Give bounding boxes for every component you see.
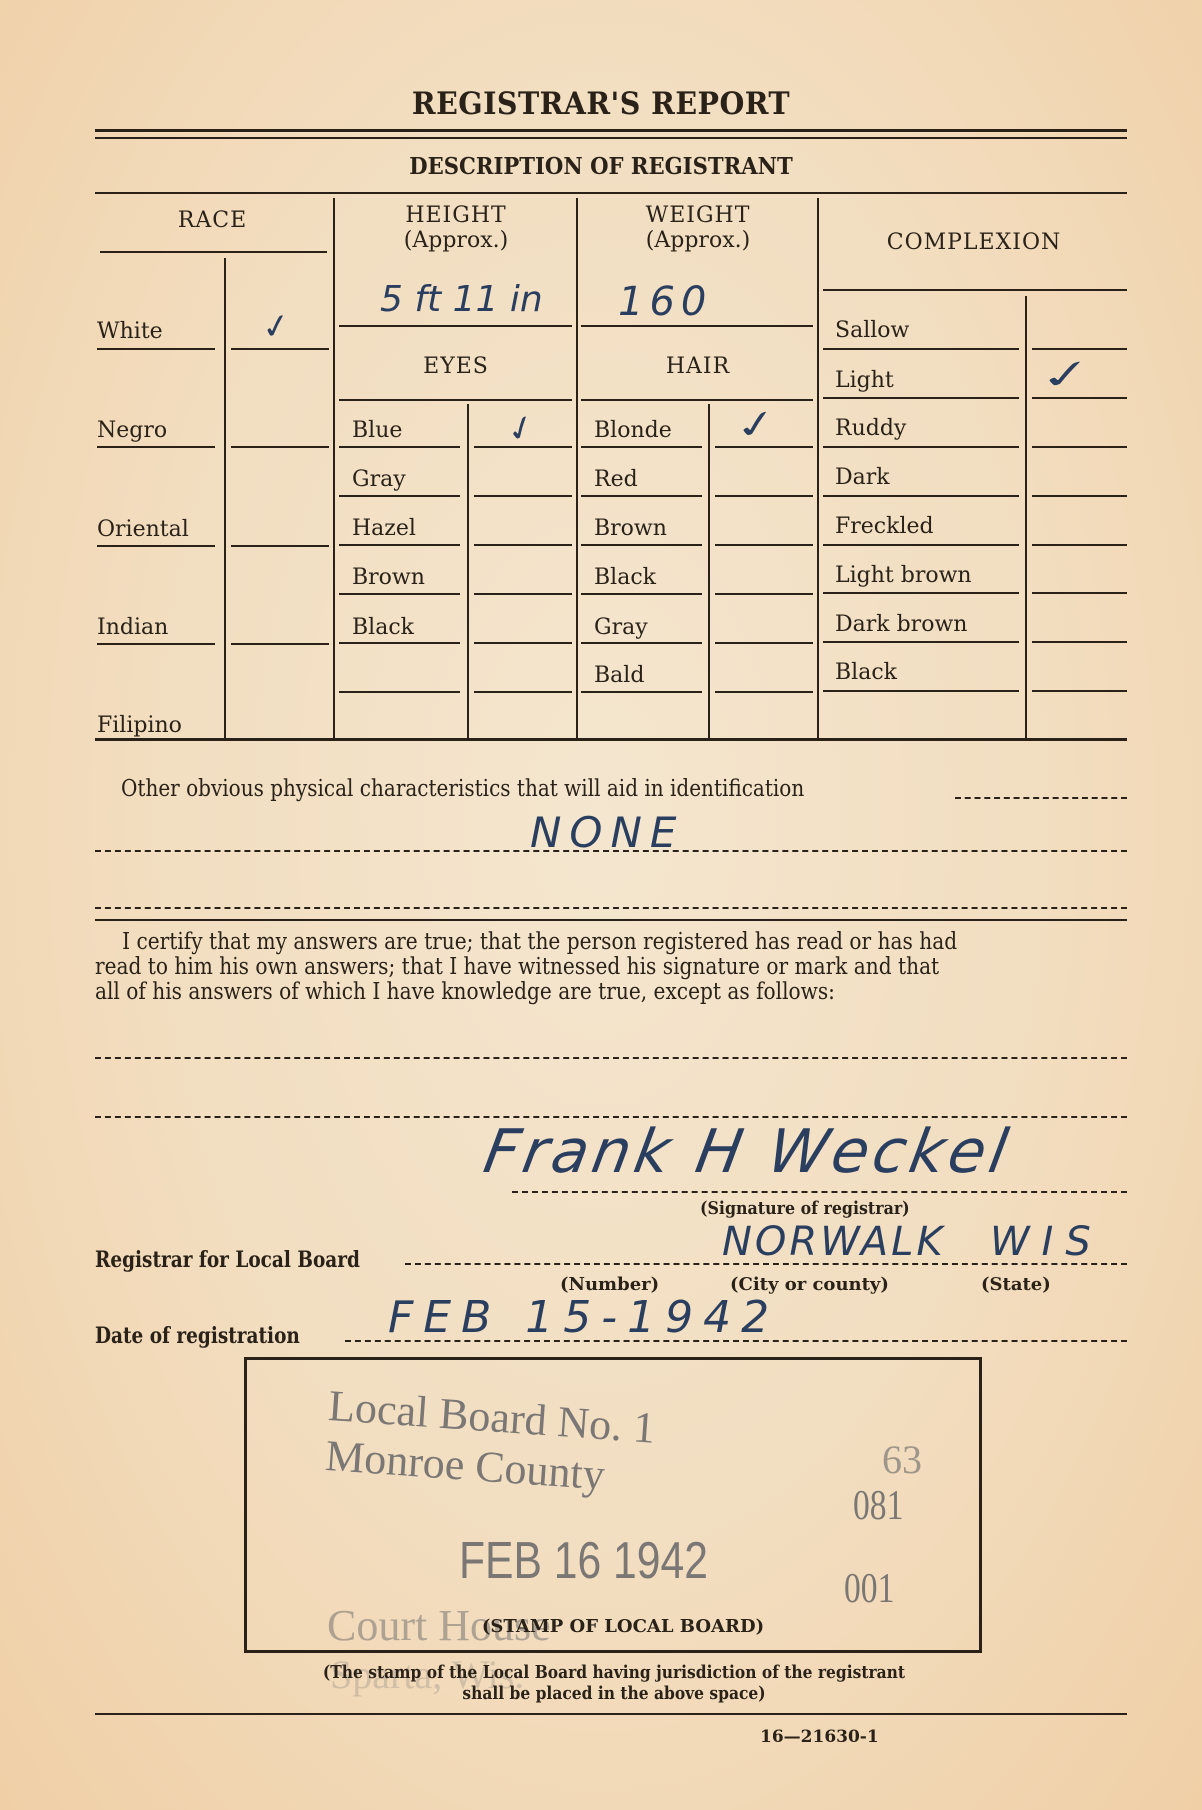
weight-value[interactable]: 160 (618, 282, 712, 322)
characteristics-bottom-rule (95, 919, 1127, 921)
eyes-option-hazel: Hazel (352, 518, 416, 540)
weight-header: WEIGHT (Approx.) (580, 203, 816, 254)
complexion-option-light-brown: Light brown (835, 565, 972, 587)
race-white-checkmark[interactable]: ✓ (259, 308, 293, 346)
height-value-rule (339, 325, 572, 327)
certification-line: I certify that my answers are true; that… (95, 930, 1128, 955)
stamp-date: FEB 16 1942 (459, 1535, 708, 1587)
hair-option-brown: Brown (594, 518, 667, 540)
col-divider-height-weight (576, 198, 578, 738)
stamp-number-081: 081 (853, 1485, 903, 1527)
col-divider-race-height (333, 198, 335, 738)
race-row-rule (97, 348, 215, 350)
hair-option-black: Black (594, 567, 656, 589)
race-row-rule (97, 643, 215, 645)
col-divider-weight-complexion (817, 198, 819, 738)
race-row-rule (97, 545, 215, 547)
race-row-rule (97, 446, 215, 448)
race-header: RACE (100, 208, 325, 233)
eyes-header-rule (339, 399, 572, 401)
height-label: HEIGHT (337, 203, 575, 228)
exceptions-line-1 (95, 1057, 1127, 1059)
local-board-city-value[interactable]: NORWALK (722, 1222, 946, 1262)
hair-option-bald: Bald (594, 665, 644, 687)
complexion-option-dark: Dark (835, 467, 890, 489)
characteristics-label: Other obvious physical characteristics t… (121, 776, 804, 802)
complexion-check-column-divider (1025, 296, 1027, 738)
local-board-state-value[interactable]: WIS (990, 1222, 1103, 1262)
height-header: HEIGHT (Approx.) (337, 203, 575, 254)
form-number: 16—21630-1 (760, 1727, 879, 1747)
stamp-instruction: (The stamp of the Local Board having jur… (244, 1662, 984, 1704)
characteristics-value[interactable]: NONE (530, 812, 684, 854)
local-board-stamp-box: Local Board No. 1 Monroe County 63 081 F… (244, 1357, 982, 1653)
local-board-state-caption: (State) (981, 1274, 1051, 1295)
certification-line: read to him his own answers; that I have… (95, 955, 1128, 980)
section-title: DESCRIPTION OF REGISTRANT (48, 153, 1154, 180)
certification-text: I certify that my answers are true; that… (95, 930, 1128, 1005)
race-check-rule (231, 643, 329, 645)
hair-check-column-divider (708, 404, 710, 738)
complexion-option-black: Black (835, 662, 897, 684)
registration-date-value[interactable]: FEB 15-1942 (388, 1296, 779, 1340)
characteristics-line-2 (95, 907, 1127, 909)
eyes-option-black: Black (352, 617, 414, 639)
complexion-option-sallow: Sallow (835, 320, 909, 342)
eyes-option-gray: Gray (352, 469, 406, 491)
eyes-option-brown: Brown (352, 567, 425, 589)
hair-header: HAIR (580, 354, 816, 379)
weight-approx: (Approx.) (580, 228, 816, 253)
weight-label: WEIGHT (580, 203, 816, 228)
page-title: REGISTRAR'S REPORT (48, 86, 1154, 122)
hair-header-rule (581, 399, 813, 401)
stamp-instruction-line-1: (The stamp of the Local Board having jur… (296, 1662, 932, 1683)
hair-blonde-checkmark[interactable]: ✓ (731, 403, 781, 447)
eyes-header: EYES (337, 354, 575, 379)
hair-option-gray: Gray (594, 617, 648, 639)
complexion-light-checkmark[interactable]: ✓ (1036, 353, 1096, 398)
hair-option-blonde: Blonde (594, 420, 672, 442)
title-double-rule-bottom (95, 137, 1127, 139)
complexion-option-dark-brown: Dark brown (835, 614, 967, 636)
complexion-option-ruddy: Ruddy (835, 418, 906, 440)
registrar-signature[interactable]: Frank H Weckel (480, 1122, 1016, 1182)
footer-rule (95, 1713, 1127, 1715)
complexion-header-rule (823, 289, 1127, 291)
height-value[interactable]: 5 ft 11 in (380, 282, 543, 318)
race-option-negro: Negro (97, 420, 167, 442)
complexion-option-freckled: Freckled (835, 516, 934, 538)
table-bottom-rule (95, 738, 1127, 741)
race-check-rule (231, 545, 329, 547)
characteristics-line-1 (95, 850, 1127, 852)
race-option-oriental: Oriental (97, 519, 189, 541)
characteristics-label-leader (955, 797, 1127, 799)
registration-date-label: Date of registration (95, 1323, 300, 1349)
weight-value-rule (581, 325, 813, 327)
certification-line: all of his answers of which I have knowl… (95, 980, 1128, 1005)
race-option-indian: Indian (97, 617, 168, 639)
race-header-rule (100, 251, 327, 253)
stamp-caption: (STAMP OF LOCAL BOARD) (247, 1616, 989, 1637)
eyes-check-column-divider (467, 404, 469, 738)
race-option-white: White (97, 321, 163, 343)
stamp-instruction-line-2: shall be placed in the above space) (296, 1683, 932, 1704)
table-top-rule (95, 192, 1127, 194)
title-double-rule-top (95, 129, 1127, 132)
complexion-option-light: Light (835, 370, 894, 392)
signature-line (512, 1191, 1127, 1193)
race-check-rule (231, 446, 329, 448)
race-check-column-divider (224, 258, 226, 738)
signature-caption: (Signature of registrar) (700, 1198, 910, 1219)
hair-option-red: Red (594, 469, 638, 491)
stamp-number-001: 001 (844, 1568, 894, 1610)
race-option-filipino: Filipino (97, 715, 182, 737)
local-board-label: Registrar for Local Board (95, 1247, 360, 1273)
complexion-header: COMPLEXION (821, 230, 1127, 255)
height-approx: (Approx.) (337, 228, 575, 253)
stamp-number-63: 63 (882, 1440, 922, 1480)
eyes-blue-checkmark[interactable]: ✓ (502, 408, 540, 450)
eyes-option-blue: Blue (352, 420, 402, 442)
race-check-rule (231, 348, 329, 350)
